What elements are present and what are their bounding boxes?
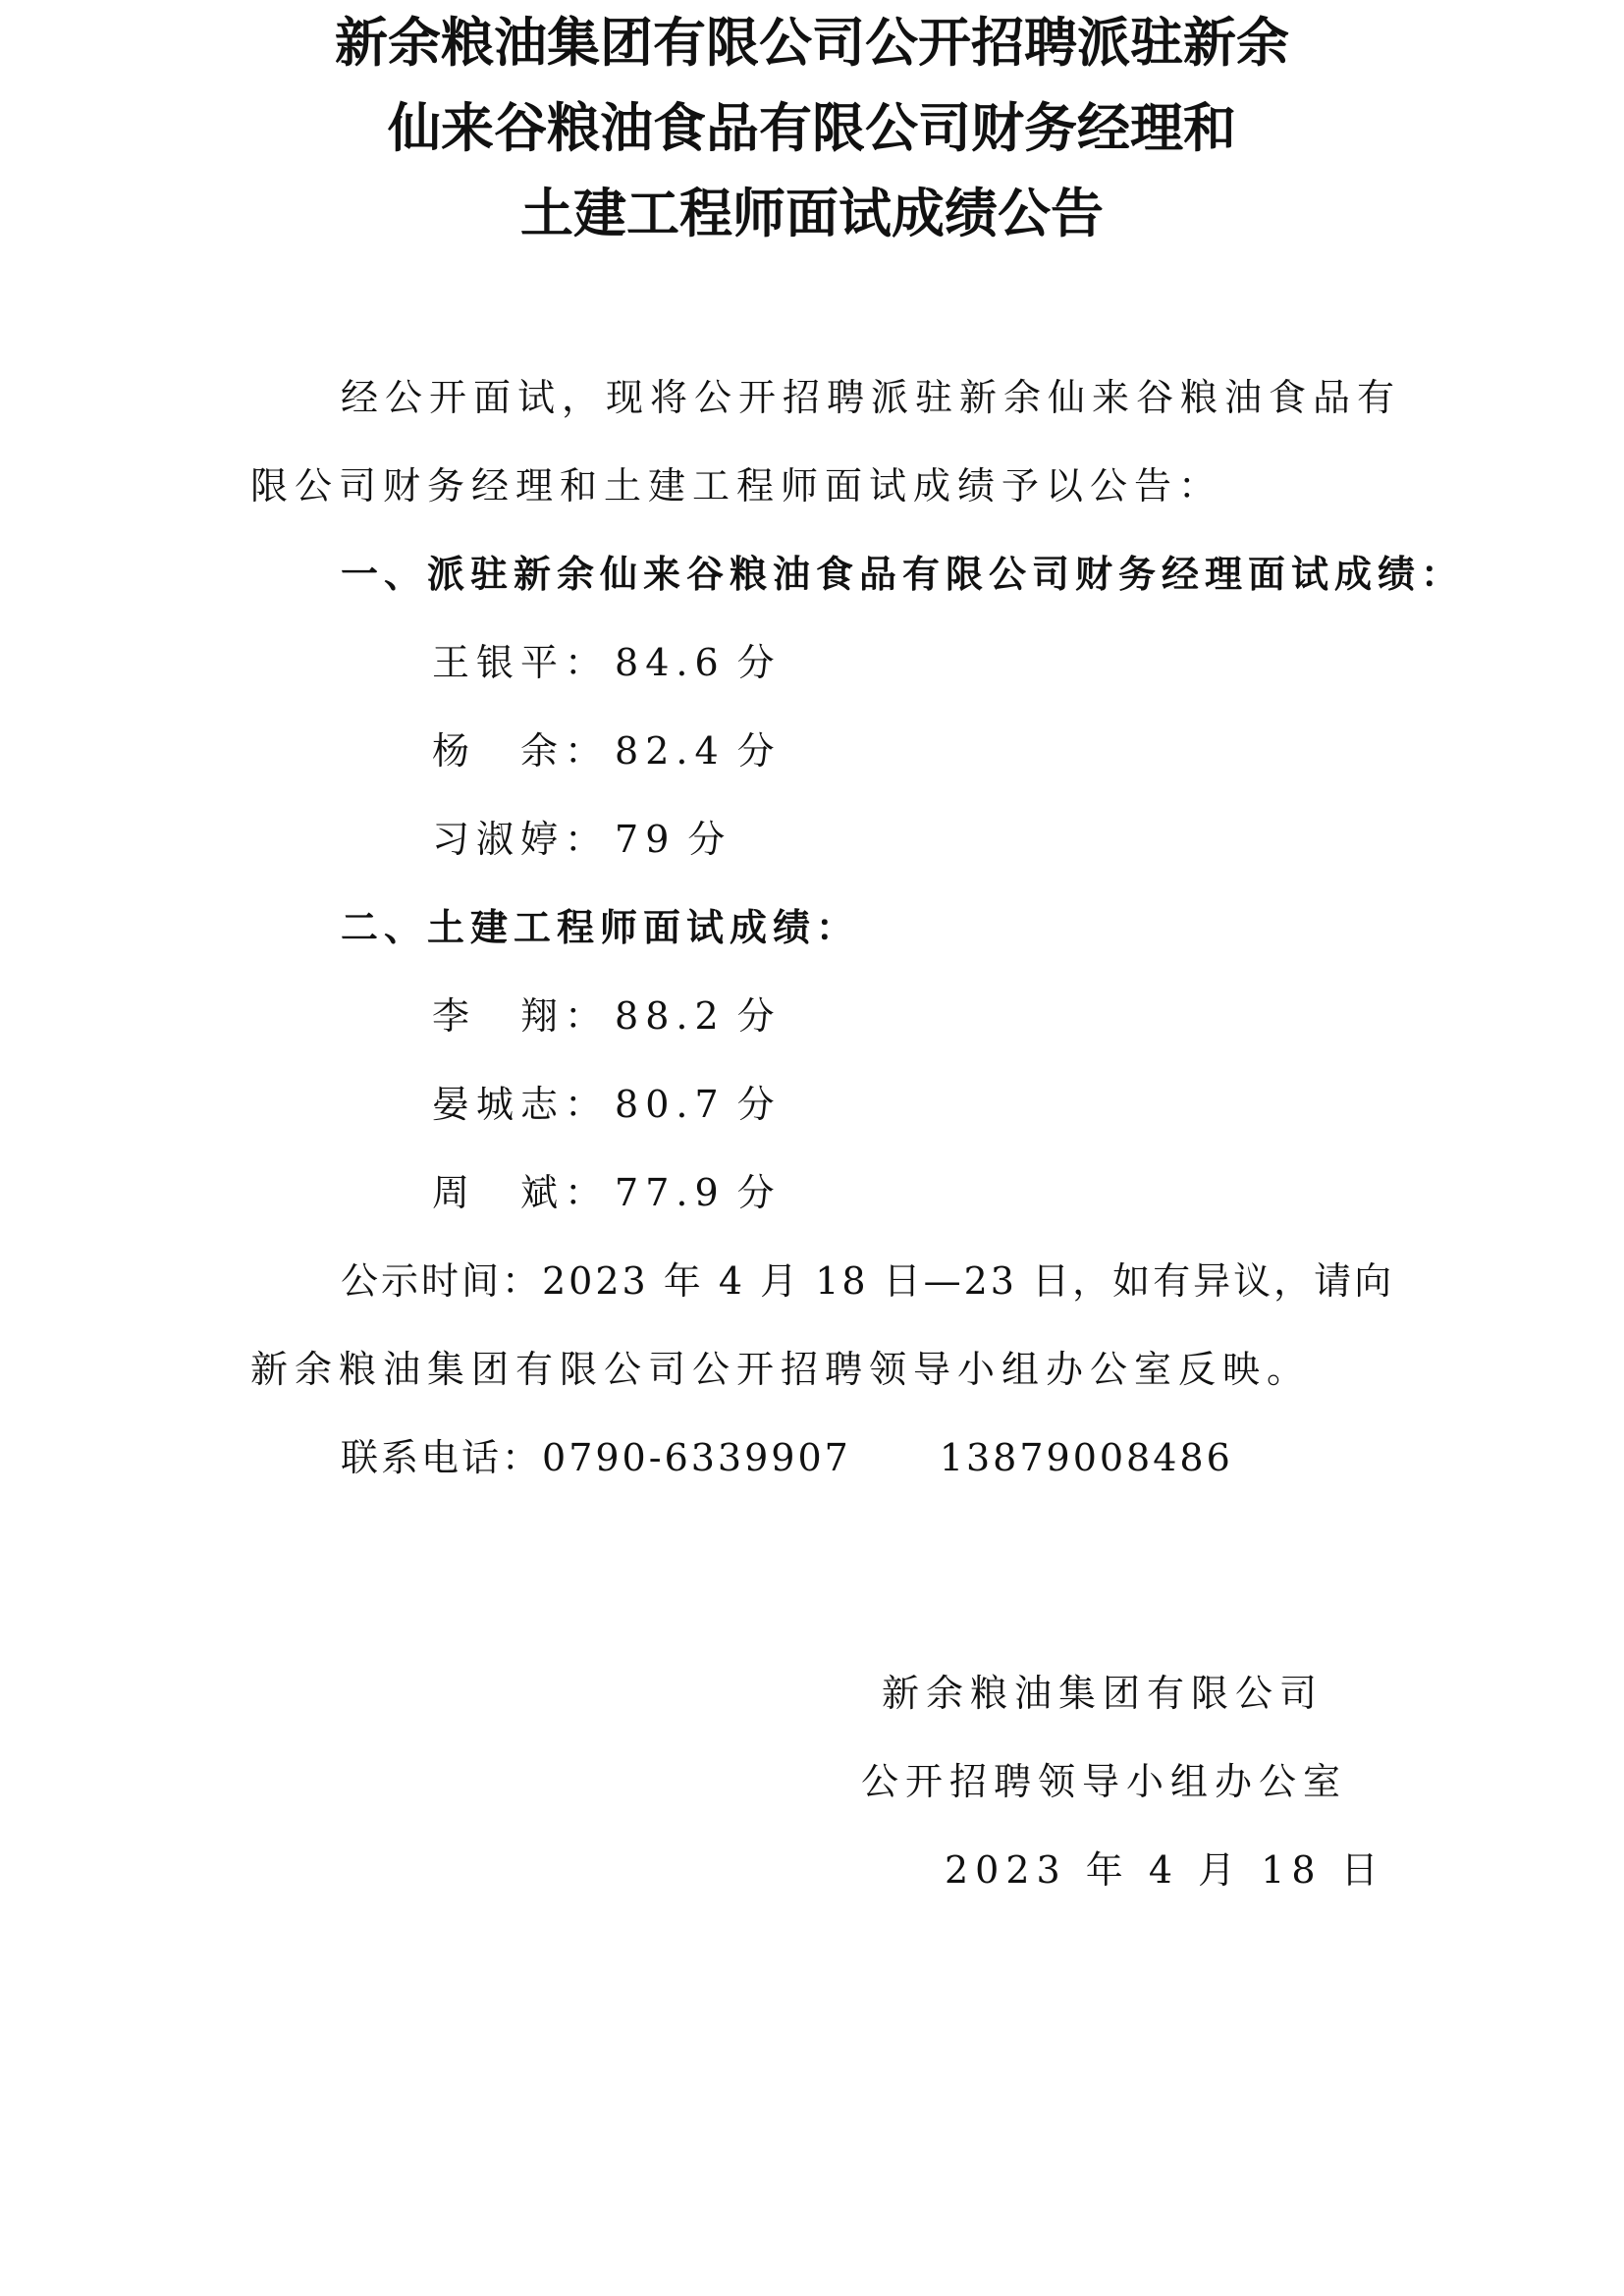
notice-line-1: 公示时间：2023 年 4 月 18 日—23 日，如有异议，请向 [341,1256,1394,1306]
score-row: 晏城志：80.7分 [432,1080,782,1129]
score-unit: 分 [737,638,782,687]
intro-line-1: 经公开面试，现将公开招聘派驻新余仙来谷粮油食品有 [341,373,1401,422]
score-row: 王银平：84.6分 [432,638,782,687]
contact-label: 联系电话： [341,1436,542,1479]
signature-date: 2023 年 4 月 18 日 [945,1845,1385,1895]
candidate-name: 王银平 [432,638,565,687]
separator: ： [565,991,609,1041]
separator: ： [565,1080,609,1129]
contact-line: 联系电话：0790-633990713879008486 [341,1433,1233,1482]
candidate-score: 80.7 [615,1080,726,1129]
candidate-score: 82.4 [615,726,726,775]
contact-phone-1: 0790-6339907 [542,1436,851,1479]
intro-line-2: 限公司财务经理和土建工程师面试成绩予以公告： [250,461,1222,510]
section-1-heading: 一、派驻新余仙来谷粮油食品有限公司财务经理面试成绩： [341,550,1464,599]
separator: ： [565,638,609,687]
contact-phone-2: 13879008486 [940,1436,1233,1479]
separator: ： [565,815,609,864]
candidate-name: 晏城志 [432,1080,565,1129]
document-page: 新余粮油集团有限公司公开招聘派驻新余 仙来谷粮油食品有限公司财务经理和 土建工程… [0,0,1624,2296]
section-2-heading: 二、土建工程师面试成绩： [341,903,859,952]
signature-office: 公开招聘领导小组办公室 [861,1757,1347,1806]
score-row: 习淑婷：79分 [432,815,731,864]
score-unit: 分 [737,726,782,775]
notice-line-2: 新余粮油集团有限公司公开招聘领导小组办公室反映。 [250,1345,1311,1394]
candidate-name: 杨 余 [432,726,565,775]
score-unit: 分 [737,1080,782,1129]
separator: ： [565,726,609,775]
candidate-name: 李 翔 [432,991,565,1041]
candidate-name: 周 斌 [432,1168,565,1217]
score-row: 周 斌：77.9分 [432,1168,782,1217]
signature-org: 新余粮油集团有限公司 [882,1669,1324,1718]
score-row: 杨 余：82.4分 [432,726,782,775]
document-title-line-3: 土建工程师面试成绩公告 [0,185,1624,243]
score-row: 李 翔：88.2分 [432,991,782,1041]
score-unit: 分 [737,1168,782,1217]
document-title-line-1: 新余粮油集团有限公司公开招聘派驻新余 [0,14,1624,73]
candidate-score: 79 [615,815,676,864]
score-unit: 分 [687,815,731,864]
candidate-score: 84.6 [615,638,726,687]
separator: ： [565,1168,609,1217]
candidate-name: 习淑婷 [432,815,565,864]
document-title-line-2: 仙来谷粮油食品有限公司财务经理和 [0,99,1624,158]
score-unit: 分 [737,991,782,1041]
candidate-score: 77.9 [615,1168,726,1217]
candidate-score: 88.2 [615,991,726,1041]
